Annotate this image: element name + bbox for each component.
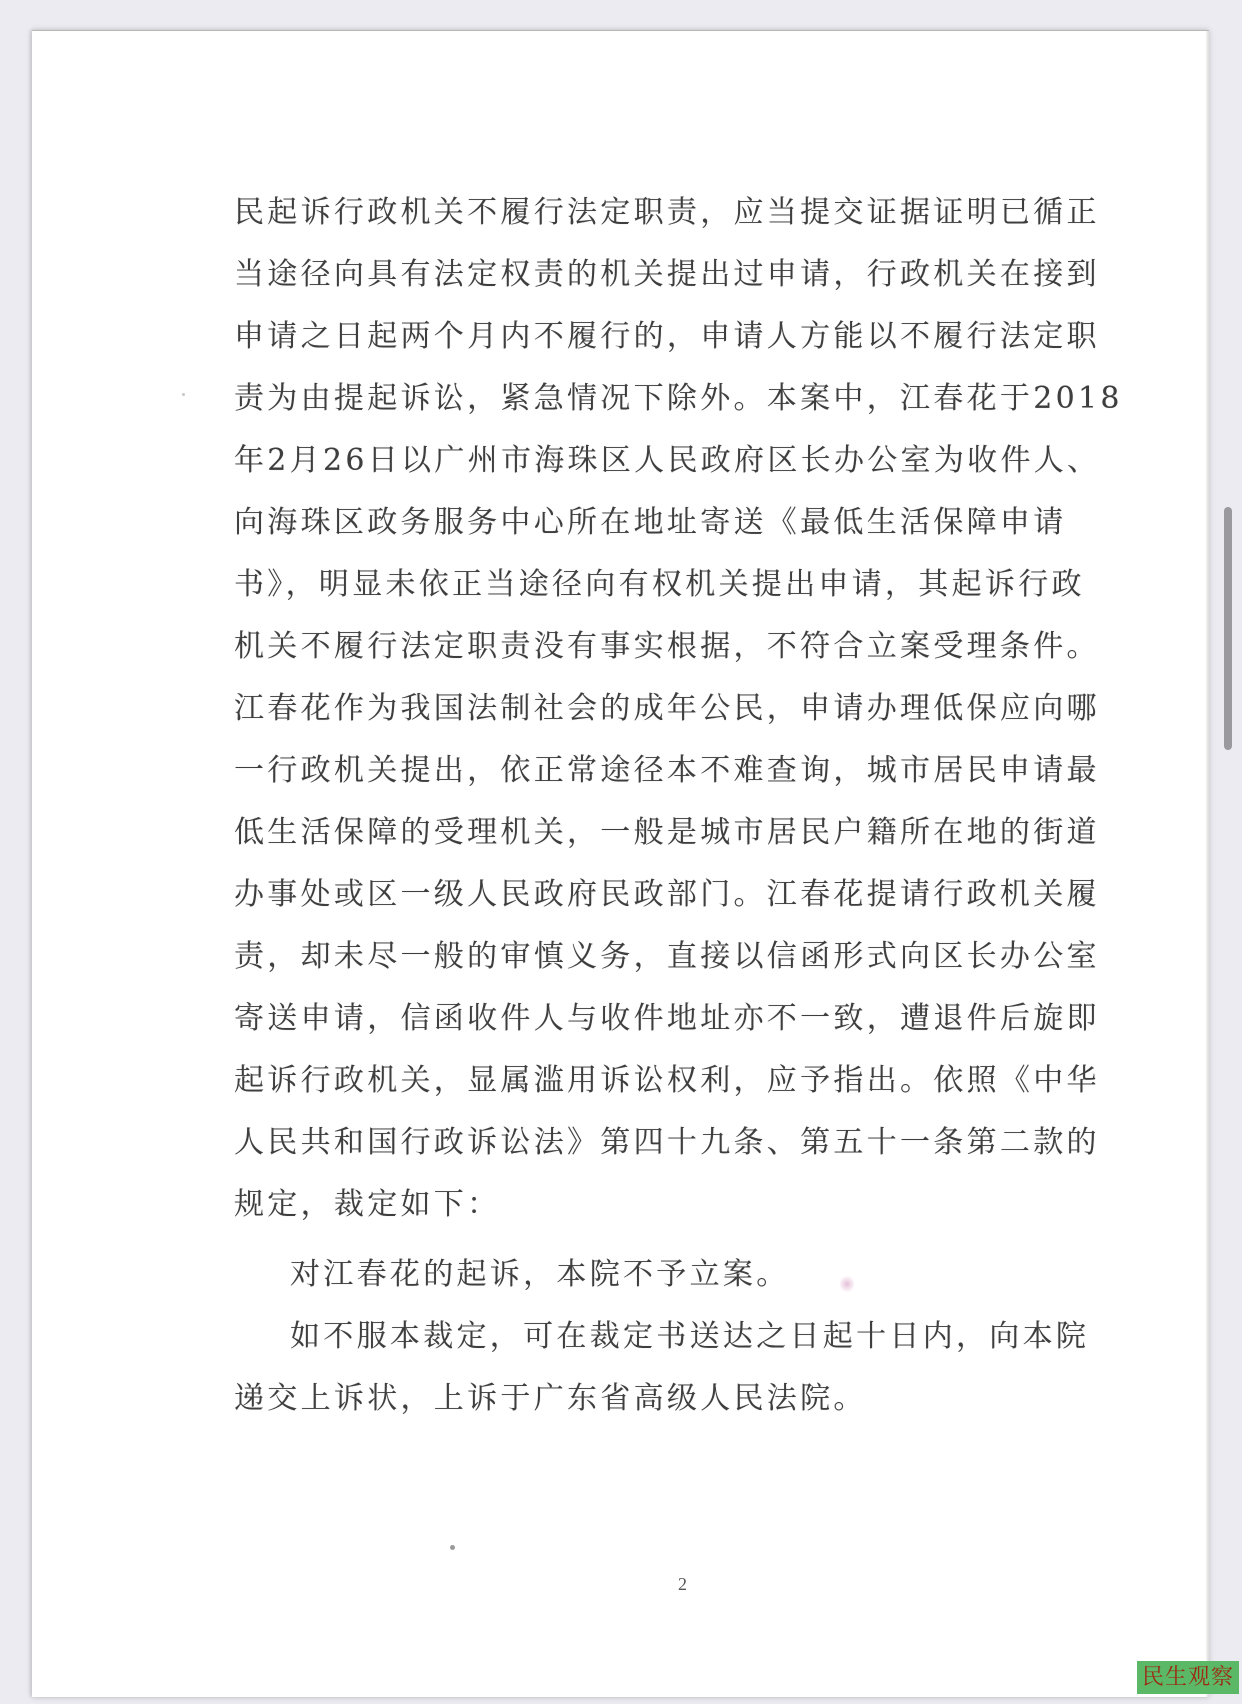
text-line-7: 书》，明显未依正当途径向有权机关提出申请，其起诉行政 bbox=[234, 565, 1094, 605]
scan-speck bbox=[182, 393, 185, 396]
text-line-5: 年2月26日以广州市海珠区人民政府区长办公室为收件人、 bbox=[234, 441, 1094, 481]
scan-speck bbox=[450, 1545, 455, 1550]
ruling-decision-line: 对江春花的起诉，本院不予立案。 bbox=[290, 1255, 1150, 1295]
page-number: 2 bbox=[678, 1574, 687, 1595]
text-line-8: 机关不履行法定职责没有事实根据，不符合立案受理条件。 bbox=[234, 627, 1094, 667]
text-line-10: 一行政机关提出，依正常途径本不难查询，城市居民申请最 bbox=[234, 751, 1094, 791]
text-line-2: 当途径向具有法定权责的机关提出过申请，行政机关在接到 bbox=[234, 255, 1094, 295]
text-line-9: 江春花作为我国法制社会的成年公民，申请办理低保应向哪 bbox=[234, 689, 1094, 729]
ruling-intro-line: 规定，裁定如下： bbox=[234, 1185, 1094, 1225]
text-line-14: 寄送申请，信函收件人与收件地址亦不一致，遭退件后旋即 bbox=[234, 999, 1094, 1039]
document-page: 民起诉行政机关不履行法定职责，应当提交证据证明已循正 当途径向具有法定权责的机关… bbox=[32, 30, 1209, 1697]
seal-ink-mark bbox=[840, 1274, 854, 1294]
text-line-12: 办事处或区一级人民政府民政部门。江春花提请行政机关履 bbox=[234, 875, 1094, 915]
appeal-notice-line-1: 如不服本裁定，可在裁定书送达之日起十日内，向本院 bbox=[290, 1317, 1150, 1357]
scrollbar-thumb[interactable] bbox=[1224, 507, 1232, 750]
text-line-11: 低生活保障的受理机关，一般是城市居民户籍所在地的街道 bbox=[234, 813, 1094, 853]
text-line-6: 向海珠区政务服务中心所在地址寄送《最低生活保障申请 bbox=[234, 503, 1094, 543]
text-line-16: 人民共和国行政诉讼法》第四十九条、第五十一条第二款的 bbox=[234, 1123, 1094, 1163]
appeal-notice-line-2: 递交上诉状，上诉于广东省高级人民法院。 bbox=[234, 1379, 1094, 1419]
watermark-badge: 民生观察 bbox=[1137, 1661, 1239, 1694]
text-line-3: 申请之日起两个月内不履行的，申请人方能以不履行法定职 bbox=[234, 317, 1094, 357]
text-line-15: 起诉行政机关，显属滥用诉讼权利，应予指出。依照《中华 bbox=[234, 1061, 1094, 1101]
text-line-13: 责，却未尽一般的审慎义务，直接以信函形式向区长办公室 bbox=[234, 937, 1094, 977]
document-body: 民起诉行政机关不履行法定职责，应当提交证据证明已循正 当途径向具有法定权责的机关… bbox=[32, 31, 1209, 1697]
text-line-1: 民起诉行政机关不履行法定职责，应当提交证据证明已循正 bbox=[234, 193, 1094, 233]
text-line-4: 责为由提起诉讼，紧急情况下除外。本案中，江春花于2018 bbox=[234, 379, 1094, 419]
